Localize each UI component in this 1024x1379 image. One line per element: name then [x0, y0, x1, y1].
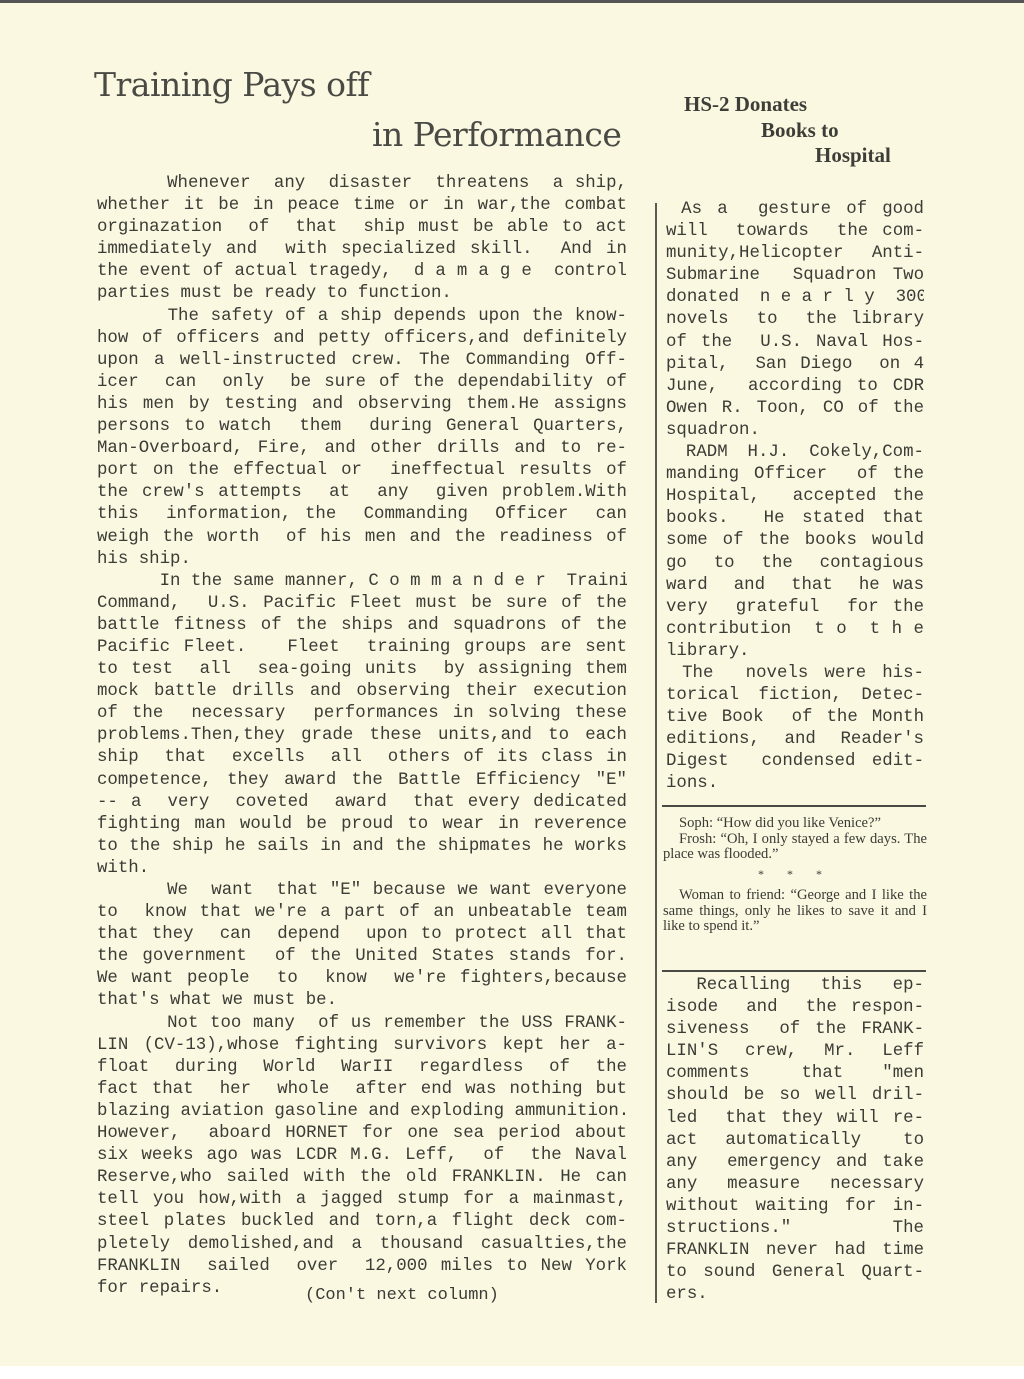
text-line: go to the contagious — [666, 553, 924, 575]
jokes-box: Soph: “How did you like Venice?” Frosh: … — [663, 816, 927, 935]
text-line: munity,Helicopter Anti- — [666, 243, 924, 265]
text-line: icer can only be sure of the dependabili… — [97, 372, 627, 394]
text-line: June, according to CDR — [666, 376, 924, 398]
article-body: Whenever any disaster threatens a ship,w… — [97, 173, 627, 1300]
text-line: Man-Overboard, Fire, and other drills an… — [97, 438, 627, 460]
text-line: ers. — [666, 1284, 924, 1306]
text-line: tell you how,with a jagged stump for a m… — [97, 1189, 627, 1211]
text-line: RADM H.J. Cokely,Com- — [666, 442, 924, 464]
text-line: float during World WarII regardless of t… — [97, 1057, 627, 1079]
text-line: without waiting for in- — [666, 1196, 924, 1218]
text-line: library. — [666, 641, 924, 663]
joke-1-answer: Frosh: “Oh, I only stayed a few days. Th… — [663, 832, 927, 863]
continuation-note: (Con't next column) — [305, 1286, 499, 1305]
text-line: squadron. — [666, 420, 924, 442]
text-line: LIN (CV-13),whose fighting survivors kep… — [97, 1035, 627, 1057]
text-line: The novels were his- — [666, 663, 924, 685]
article-title-line-1: Training Pays off — [94, 65, 369, 104]
text-line: mock battle drills and observing their e… — [97, 681, 627, 703]
text-line: contribution t o t h e — [666, 619, 924, 641]
text-line: novels to the library — [666, 309, 924, 331]
text-line: any measure necessary — [666, 1174, 924, 1196]
text-line: comments that "men — [666, 1063, 924, 1085]
text-line: led that they will re- — [666, 1108, 924, 1130]
text-line: to test all sea-going units by assigning… — [97, 659, 627, 681]
column-divider — [655, 203, 657, 1303]
divider-rule-top — [662, 805, 926, 807]
text-line: very grateful for the — [666, 597, 924, 619]
text-line: steel plates buckled and torn,a flight d… — [97, 1211, 627, 1233]
text-line: his ship. — [97, 549, 627, 571]
text-line: siveness of the FRANK- — [666, 1019, 924, 1041]
text-line: structions." The — [666, 1218, 924, 1240]
text-line: to know that we're a part of an unbeatab… — [97, 902, 627, 924]
text-line: ward and that he was — [666, 575, 924, 597]
text-line: immediately and with specialized skill. … — [97, 239, 627, 261]
text-line: ship that excells all others of its clas… — [97, 747, 627, 769]
text-line: his men by testing and observing them.He… — [97, 394, 627, 416]
text-line: The safety of a ship depends upon the kn… — [97, 306, 627, 328]
text-line: blazing aviation gasoline and exploding … — [97, 1101, 627, 1123]
text-line: books. He stated that — [666, 508, 924, 530]
text-line: any emergency and take — [666, 1152, 924, 1174]
sidebar-title-line-1: HS-2 Donates — [684, 92, 807, 117]
text-line: competence, they award the Battle Effici… — [97, 770, 627, 792]
text-line: to sound General Quart- — [666, 1262, 924, 1284]
text-line: fighting man would be proud to wear in r… — [97, 814, 627, 836]
text-line: of the U.S. Naval Hos- — [666, 332, 924, 354]
sidebar-title-line-3: Hospital — [815, 143, 891, 168]
text-line: problems.Then,they grade these units,and… — [97, 725, 627, 747]
text-line: We want people to know we're fighters,be… — [97, 968, 627, 990]
text-line: parties must be ready to function. — [97, 283, 627, 305]
text-line: FRANKLIN never had time — [666, 1240, 924, 1262]
text-line: will towards the com- — [666, 221, 924, 243]
text-line: FRANKLIN sailed over 12,000 miles to New… — [97, 1256, 627, 1278]
text-line: We want that "E" because we want everyon… — [97, 880, 627, 902]
text-line: the crew's attempts at any given problem… — [97, 482, 627, 504]
text-line: six weeks ago was LCDR M.G. Leff, of the… — [97, 1145, 627, 1167]
text-line: Owen R. Toon, CO of the — [666, 398, 924, 420]
text-line: Pacific Fleet. Fleet training groups are… — [97, 637, 627, 659]
text-line: isode and the respon- — [666, 997, 924, 1019]
text-line: the event of actual tragedy, d a m a g e… — [97, 261, 627, 283]
text-line: fact that her whole after end was nothin… — [97, 1079, 627, 1101]
text-line: ions. — [666, 773, 924, 795]
divider-rule-bottom — [662, 970, 926, 972]
text-line: whether it be in peace time or in war,th… — [97, 195, 627, 217]
text-line: this information, the Commanding Officer… — [97, 504, 627, 526]
text-line: some of the books would — [666, 530, 924, 552]
sidebar-body: As a gesture of goodwill towards the com… — [666, 199, 924, 796]
sidebar-article-bottom: Recalling this ep-isode and the respon-s… — [666, 975, 924, 1306]
text-line: Reserve,who sailed with the old FRANKLIN… — [97, 1167, 627, 1189]
text-line: should be so well dril- — [666, 1085, 924, 1107]
text-line: that's what we must be. — [97, 990, 627, 1012]
text-line: how of officers and petty officers,and d… — [97, 328, 627, 350]
text-line: tive Book of the Month — [666, 707, 924, 729]
text-line: Hospital, accepted the — [666, 486, 924, 508]
text-line: Whenever any disaster threatens a ship, — [97, 173, 627, 195]
text-line: orginazation of that ship must be able t… — [97, 217, 627, 239]
sidebar-title-line-2: Books to — [761, 118, 839, 143]
text-line: Digest condensed edit- — [666, 751, 924, 773]
text-line: In the same manner, C o m m a n d e r Tr… — [97, 571, 627, 593]
text-line: pital, San Diego on 4 — [666, 354, 924, 376]
text-line: of the necessary performances in solving… — [97, 703, 627, 725]
text-line: act automatically to — [666, 1130, 924, 1152]
text-line: As a gesture of good — [666, 199, 924, 221]
sidebar-article-top: As a gesture of goodwill towards the com… — [666, 199, 924, 796]
text-line: that they can depend upon to protect all… — [97, 924, 627, 946]
newsletter-page: Training Pays off in Performance HS-2 Do… — [0, 0, 1024, 1366]
text-line: Recalling this ep- — [666, 975, 924, 997]
text-line: battle fitness of the ships and squadron… — [97, 615, 627, 637]
joke-2: Woman to friend: “George and I like the … — [663, 888, 927, 935]
text-line: Not too many of us remember the USS FRAN… — [97, 1013, 627, 1035]
text-line: -- a very coveted award that every dedic… — [97, 792, 627, 814]
joke-separator: * * * — [663, 867, 927, 883]
text-line: However, aboard HORNET for one sea perio… — [97, 1123, 627, 1145]
joke-1-question: Soph: “How did you like Venice?” — [663, 816, 927, 832]
text-line: with. — [97, 858, 627, 880]
text-line: torical fiction, Detec- — [666, 685, 924, 707]
text-line: Submarine Squadron Two — [666, 265, 924, 287]
article-title-line-2: in Performance — [372, 115, 621, 154]
text-line: editions, and Reader's — [666, 729, 924, 751]
text-line: pletely demolished,and a thousand casual… — [97, 1234, 627, 1256]
text-line: weigh the worth of his men and the readi… — [97, 527, 627, 549]
text-line: to the ship he sails in and the shipmate… — [97, 836, 627, 858]
text-line: LIN'S crew, Mr. Leff — [666, 1041, 924, 1063]
text-line: donated n e a r l y 300 — [666, 287, 924, 309]
text-line: the government of the United States stan… — [97, 946, 627, 968]
text-line: persons to watch them during General Qua… — [97, 416, 627, 438]
text-line: port on the effectual or ineffectual res… — [97, 460, 627, 482]
text-line: Command, U.S. Pacific Fleet must be sure… — [97, 593, 627, 615]
text-line: manding Officer of the — [666, 464, 924, 486]
text-line: upon a well-instructed crew. The Command… — [97, 350, 627, 372]
